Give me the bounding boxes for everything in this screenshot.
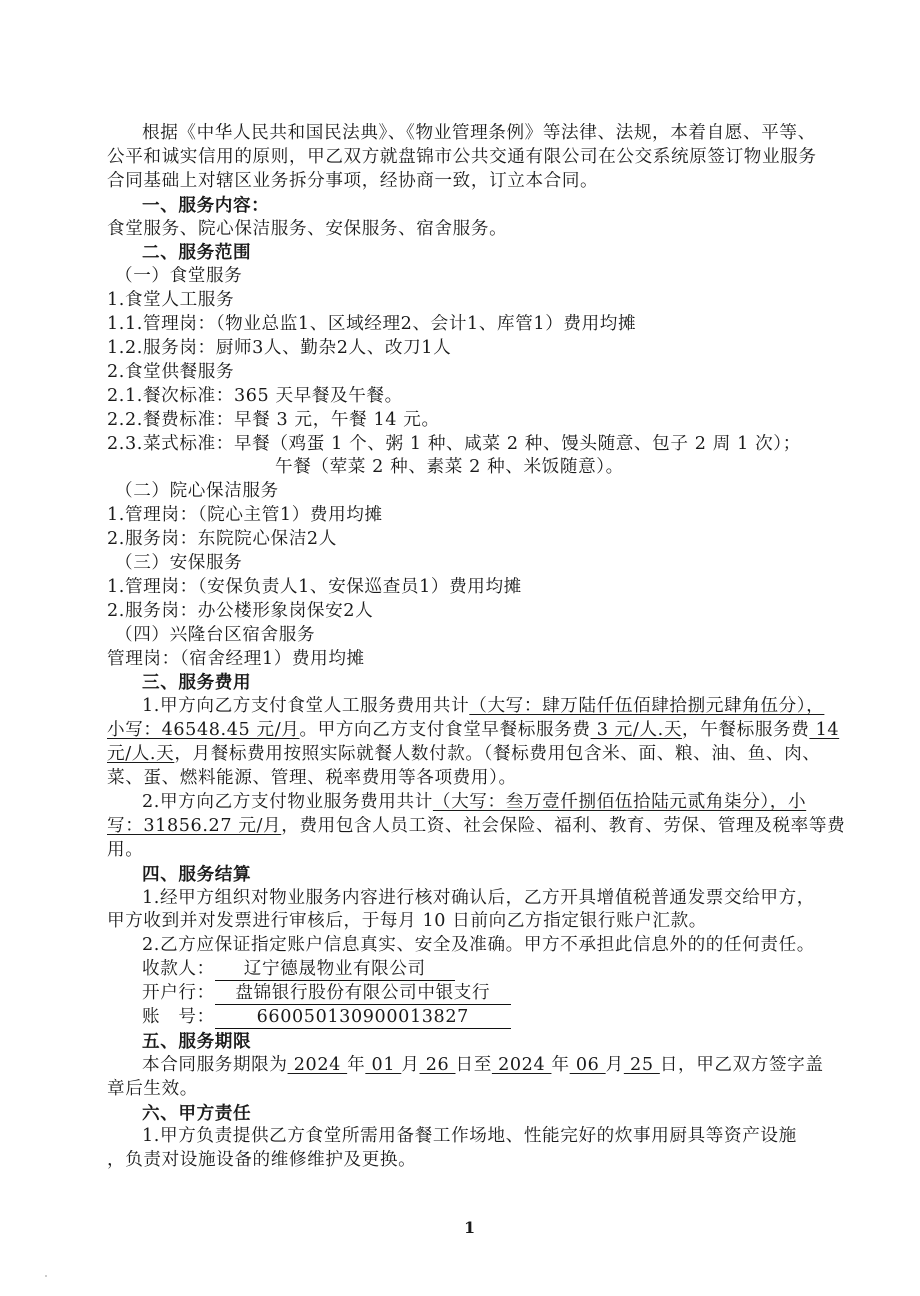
party-a-duty-line-1: 1.甲方负责提供乙方食堂所需用备餐工作场地、性能完好的炊事用厨具等资产设施 [107, 1125, 831, 1149]
fee-2-line-3: 用。 [107, 839, 831, 863]
settlement-1-line-2: 甲方收到并对发票进行审核后，于每月 10 日前向乙方指定银行账户汇款。 [107, 910, 831, 934]
bank-label: 开户行： [142, 983, 215, 1003]
term-line-2: 章后生效。 [107, 1078, 831, 1102]
preamble-line-1: 根据《中华人民共和国民法典》、《物业管理条例》等法律、法规，本着自愿、平等、 [107, 122, 831, 146]
canteen-labor-mgmt: 1.1.管理岗：（物业总监1、区域经理2、会计1、库管1）费用均摊 [107, 313, 831, 337]
start-year: 2024 [288, 1055, 348, 1075]
section-3-title: 三、服务费用 [107, 671, 831, 695]
fee-2-amount-figures: 写：31856.27 元/月 [107, 816, 281, 836]
month-label: 月 [401, 1055, 419, 1075]
party-a-duty-line-2: ，负责对设施设备的维修维护及更换。 [107, 1149, 831, 1173]
breakfast-rate: 3 元/人.天 [591, 720, 682, 740]
fee-1-line-1: 1.甲方向乙方支付食堂人工服务费用共计（大写：肆万陆仟伍佰肆拾捌元肆角伍分）， [107, 695, 831, 719]
year-label: 年 [347, 1055, 365, 1075]
canteen-menu-lunch: 午餐（荤菜 2 种、素菜 2 种、米饭随意）。 [107, 456, 831, 480]
cleaning-mgmt: 1.管理岗：（院心主管1）费用均摊 [107, 504, 831, 528]
cleaning-title: （二）院心保洁服务 [107, 480, 831, 504]
year-label: 年 [551, 1055, 569, 1075]
fee-1-breakfast-text: 。甲方向乙方支付食堂早餐标服务费 [299, 720, 590, 740]
fee-1-line-3-text: ，月餐标费用按照实际就餐人数付款。（餐标费用包含米、面、粮、油、鱼、肉、 [174, 744, 820, 764]
section-1-title: 一、服务内容： [107, 194, 831, 218]
section-6-title: 六、甲方责任 [107, 1102, 831, 1126]
payee-label: 收款人： [142, 959, 215, 979]
settlement-2: 2.乙方应保证指定账户信息真实、安全及准确。甲方不承担此信息外的的任何责任。 [107, 934, 831, 958]
security-mgmt: 1.管理岗：（安保负责人1、安保巡查员1）费用均摊 [107, 576, 831, 600]
lunch-rate-text: ，午餐标服务费 [682, 720, 809, 740]
bank-value: 盘锦银行股份有限公司中银支行 [215, 982, 511, 1005]
cleaning-service: 2.服务岗：东院院心保洁2人 [107, 528, 831, 552]
section-4-title: 四、服务结算 [107, 863, 831, 887]
fee-2-line-2-text: ，费用包含人员工资、社会保险、福利、教育、劳保、管理及税率等费 [281, 816, 845, 836]
term-line-1: 本合同服务期限为 2024 年 01 月 26 日至 2024 年 06 月 2… [107, 1054, 831, 1078]
security-service: 2.服务岗：办公楼形象岗保安2人 [107, 600, 831, 624]
account-value: 660050130900013827 [215, 1006, 511, 1029]
settlement-1-line-1: 1.经甲方组织对物业服务内容进行核对确认后，乙方开具增值税普通发票交给甲方， [107, 887, 831, 911]
fee-1-text: 1.甲方向乙方支付食堂人工服务费用共计 [142, 696, 469, 716]
fee-2-text: 2.甲方向乙方支付物业服务费用共计 [142, 792, 433, 812]
account-label: 账 号： [142, 1007, 215, 1027]
section-1-body: 食堂服务、院心保洁服务、安保服务、宿舍服务。 [107, 218, 831, 242]
end-day: 25 [624, 1055, 660, 1075]
canteen-meal-title: 2.食堂供餐服务 [107, 361, 831, 385]
contract-page: 根据《中华人民共和国民法典》、《物业管理条例》等法律、法规，本着自愿、平等、 公… [107, 122, 831, 1173]
fee-1-amount-words: （大写：肆万陆仟伍佰肆拾捌元肆角伍分）， [469, 696, 824, 716]
payee-value: 辽宁德晟物业有限公司 [215, 958, 455, 981]
canteen-labor-title: 1.食堂人工服务 [107, 289, 831, 313]
start-day: 26 [420, 1055, 456, 1075]
dorm-title: （四）兴隆台区宿舍服务 [107, 624, 831, 648]
security-title: （三）安保服务 [107, 552, 831, 576]
canteen-title: （一）食堂服务 [107, 265, 831, 289]
canteen-labor-service: 1.2.服务岗：厨师3人、勤杂2人、改刀1人 [107, 337, 831, 361]
end-year: 2024 [492, 1055, 552, 1075]
preamble-line-2: 公平和诚实信用的原则，甲乙双方就盘锦市公共交通有限公司在公交系统原签订物业服务 [107, 146, 831, 170]
canteen-meal-times: 2.1.餐次标准：365 天早餐及午餐。 [107, 385, 831, 409]
fee-1-line-4: 菜、蛋、燃料能源、管理、税率费用等各项费用）。 [107, 767, 831, 791]
scan-speck [45, 1275, 47, 1277]
term-tail: 日，甲乙双方签字盖 [660, 1055, 824, 1075]
start-month: 01 [365, 1055, 401, 1075]
day-to-label: 日至 [456, 1055, 492, 1075]
canteen-menu-breakfast: 2.3.菜式标准：早餐（鸡蛋 1 个、粥 1 种、咸菜 2 种、馒头随意、包子 … [107, 433, 831, 457]
term-text: 本合同服务期限为 [142, 1055, 288, 1075]
preamble-line-3: 合同基础上对辖区业务拆分事项，经协商一致，订立本合同。 [107, 170, 831, 194]
page-number: 1 [464, 1218, 475, 1237]
bank-row: 开户行：盘锦银行股份有限公司中银支行 [107, 982, 831, 1006]
lunch-rate-unit: 元/人.天 [107, 744, 174, 764]
fee-2-amount-words: （大写：叁万壹仟捌佰伍拾陆元贰角柒分），小 [433, 792, 806, 812]
month-label: 月 [606, 1055, 624, 1075]
fee-2-line-2: 写：31856.27 元/月，费用包含人员工资、社会保险、福利、教育、劳保、管理… [107, 815, 831, 839]
fee-2-line-1: 2.甲方向乙方支付物业服务费用共计（大写：叁万壹仟捌佰伍拾陆元贰角柒分），小 [107, 791, 831, 815]
lunch-rate-number: 14 [809, 720, 839, 740]
account-row: 账 号：660050130900013827 [107, 1006, 831, 1030]
fee-1-line-2: 小写：46548.45 元/月。甲方向乙方支付食堂早餐标服务费 3 元/人.天，… [107, 719, 831, 743]
fee-1-amount-figures: 小写：46548.45 元/月 [107, 720, 299, 740]
dorm-mgmt: 管理岗：（宿舍经理1）费用均摊 [107, 648, 831, 672]
fee-1-line-3: 元/人.天，月餐标费用按照实际就餐人数付款。（餐标费用包含米、面、粮、油、鱼、肉… [107, 743, 831, 767]
section-2-title: 二、服务范围 [107, 241, 831, 265]
section-5-title: 五、服务期限 [107, 1030, 831, 1054]
end-month: 06 [570, 1055, 606, 1075]
canteen-meal-fees: 2.2.餐费标准：早餐 3 元，午餐 14 元。 [107, 409, 831, 433]
payee-row: 收款人：辽宁德晟物业有限公司 [107, 958, 831, 982]
